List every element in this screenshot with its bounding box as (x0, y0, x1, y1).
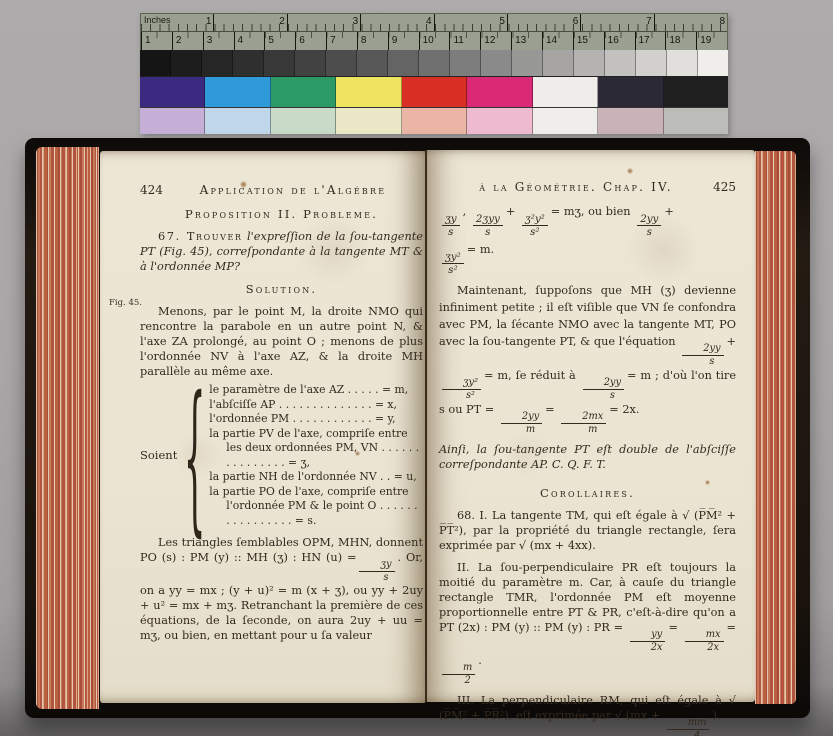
pastel-patch (467, 108, 532, 134)
fraction-denominator: s (688, 356, 717, 367)
cm-tick-number: 15 (573, 32, 604, 50)
fraction-numerator: 2mx (561, 412, 606, 424)
ruler: Inches 12345678 123456789101112131415161… (140, 13, 728, 50)
fraction-denominator: m (505, 424, 538, 435)
maintenant-text: = (545, 403, 554, 416)
fore-edge-left (36, 147, 99, 709)
calibration-card: Inches 12345678 123456789101112131415161… (140, 13, 728, 134)
corollary-2-text: = (727, 621, 736, 634)
soient-item: la partie NH de l'ordonnée NV . . = u, (209, 470, 423, 485)
fraction: 2ʒyys (473, 214, 503, 237)
fraction-numerator: 2yy (583, 378, 624, 390)
right-page: à la Géométrie. Chap. IV. 425 ʒys, 2ʒyys… (425, 150, 755, 702)
grayscale-patch (698, 50, 728, 76)
color-patch (467, 77, 532, 107)
fraction: mm4 (667, 718, 710, 736)
inch-tick-number: 6 (508, 14, 581, 31)
soient-item: la partie PO de l'axe, compriſe entre l'… (209, 485, 423, 529)
grayscale-patch (574, 50, 605, 76)
pastel-patch (271, 108, 336, 134)
fraction: ʒys (359, 560, 394, 583)
ruler-cm-scale: 12345678910111213141516171819 (141, 32, 727, 50)
fraction: 2yys (583, 378, 624, 401)
fraction-numerator: ʒy² (442, 252, 464, 264)
cm-tick-number: 3 (203, 32, 234, 50)
fraction-denominator: 2x (686, 642, 722, 653)
pastel-patch (205, 108, 270, 134)
inch-tick-number: 4 (361, 14, 434, 31)
grayscale-patch (419, 50, 450, 76)
paragraph-menons: Menons, par le point M, la droite NMO qu… (140, 304, 423, 379)
left-page-header: 424 Application de l'Algébre (140, 183, 423, 198)
maintenant-text: = 2x. (609, 403, 639, 416)
soient-item: la partie PV de l'axe, compriſe entre le… (209, 427, 423, 471)
fraction-denominator: 4 (673, 730, 703, 736)
conclusion-italic: Ainſi, la ſou-tangente PT eſt double de … (439, 442, 736, 472)
inch-tick-row: 12345678 (141, 14, 727, 31)
fraction: ʒ²y²s² (522, 214, 548, 237)
equation-text: + (664, 205, 673, 218)
fraction: 2yym (501, 412, 542, 435)
fraction-numerator: 2yy (682, 344, 723, 356)
paragraph-triangles: Les triangles ſemblables OPM, MHN, donne… (140, 535, 423, 643)
grayscale-patch (202, 50, 233, 76)
fraction: mx2x (685, 630, 724, 653)
fraction-numerator: 2ʒyy (473, 214, 503, 226)
maintenant-text: Maintenant, ſuppoſons que MH (ʒ) devienn… (439, 284, 736, 348)
grayscale-patch (667, 50, 698, 76)
pastel-patch (140, 108, 205, 134)
corollary-2: II. La ſou-perpendiculaire PR eſt toujou… (439, 560, 736, 686)
grayscale-patch (326, 50, 357, 76)
maintenant-text: = m, ſe réduit à (484, 369, 576, 382)
inch-tick-number: 7 (581, 14, 654, 31)
cm-tick-number: 1 (141, 32, 172, 50)
equation-text: = mʒ, ou bien (551, 205, 631, 218)
fraction-numerator: m (442, 663, 475, 675)
fraction: ʒy²s² (442, 252, 464, 275)
fraction-denominator: 2 (444, 675, 474, 686)
inch-tick-number: 2 (214, 14, 287, 31)
fraction-numerator: yy (630, 630, 665, 642)
soient-item: l'abſciſſe AP . . . . . . . . . . . . . … (209, 398, 423, 413)
paragraph-maintenant: Maintenant, ſuppoſons que MH (ʒ) devienn… (439, 282, 736, 435)
fraction-denominator: s (589, 390, 618, 401)
corollary-1: 68. I. La tangente TM, qui eſt égale à √… (439, 508, 736, 553)
ruler-units-label: Inches (144, 16, 171, 25)
right-page-text-block: à la Géométrie. Chap. IV. 425 ʒys, 2ʒyys… (439, 180, 736, 736)
cm-tick-number: 2 (172, 32, 203, 50)
corollary-2-text: . (478, 654, 482, 667)
fraction-numerator: ʒy (359, 560, 394, 572)
grayscale-patch (512, 50, 543, 76)
pastel-patch (336, 108, 401, 134)
grayscale-patch (233, 50, 264, 76)
color-patch (336, 77, 401, 107)
pastel-patch (402, 108, 467, 134)
fraction-numerator: ʒy (442, 214, 460, 226)
inch-tick-number: 8 (655, 14, 727, 31)
cm-tick-number: 19 (696, 32, 727, 50)
fraction-numerator: mm (667, 718, 710, 730)
fraction-denominator: s² (527, 226, 542, 237)
color-patch (402, 77, 467, 107)
fraction: 2yys (682, 344, 723, 367)
corollaires-heading: Corollaires. (439, 486, 736, 501)
left-page-number: 424 (140, 183, 163, 198)
grayscale-patch (295, 50, 326, 76)
pastel-patch (533, 108, 598, 134)
color-patch (664, 77, 728, 107)
fraction-denominator: s² (445, 390, 478, 401)
grayscale-patch (605, 50, 636, 76)
equation-text: , (463, 205, 467, 218)
fraction-denominator: s² (445, 264, 460, 275)
maintenant-text: + (727, 335, 736, 348)
fraction-denominator: s (482, 226, 493, 237)
soient-item: l'ordonnée PM . . . . . . . . . . . . = … (209, 412, 423, 427)
ruler-inch-scale: Inches 12345678 (141, 14, 727, 32)
cm-tick-number: 7 (326, 32, 357, 50)
equation-lines: ʒys, 2ʒyys+ ʒ²y²s²= mʒ, ou bien 2yys+ ʒy… (439, 199, 736, 275)
cm-tick-number: 9 (388, 32, 419, 50)
cm-tick-number: 5 (264, 32, 295, 50)
fraction-numerator: 2yy (637, 214, 661, 226)
grayscale-patch (357, 50, 388, 76)
grayscale-patch (450, 50, 481, 76)
photo-of-open-book: { "colors": { "background_gray": "#a9a6a… (0, 0, 833, 736)
equation-text: + (506, 205, 515, 218)
cm-tick-number: 4 (234, 32, 265, 50)
fraction-denominator: s (445, 226, 456, 237)
corollary-2-text: = (669, 621, 678, 634)
cm-tick-number: 11 (449, 32, 480, 50)
proposition-number: 67. Trouver (158, 230, 243, 243)
color-patch (205, 77, 270, 107)
grayscale-patch (264, 50, 295, 76)
cm-tick-number: 13 (511, 32, 542, 50)
soient-block: Soient { le paramètre de l'axe AZ . . . … (140, 383, 423, 528)
foxing-spot (627, 168, 633, 174)
proposition-paragraph: 67. Trouver l'expreſſion de la ſou-tange… (140, 229, 423, 274)
fraction-denominator: s (644, 226, 655, 237)
fore-edge-right (755, 151, 796, 704)
figure-margin-note: Fig. 45. (109, 296, 142, 311)
color-strip (140, 76, 728, 107)
cm-tick-number: 10 (419, 32, 450, 50)
color-patch (271, 77, 336, 107)
color-patch (598, 77, 663, 107)
right-page-header: à la Géométrie. Chap. IV. 425 (439, 180, 736, 195)
running-title-right: à la Géométrie. Chap. IV. (439, 180, 713, 195)
equation-text: = m. (467, 243, 494, 256)
fraction: yy2x (630, 630, 666, 653)
fraction-denominator: 2x (630, 642, 666, 653)
fraction: ʒys (442, 214, 460, 237)
grayscale-patch (171, 50, 202, 76)
pastel-strip (140, 107, 728, 134)
color-patch (533, 77, 598, 107)
cm-tick-number: 17 (635, 32, 666, 50)
grayscale-patch (543, 50, 574, 76)
cm-tick-row: 12345678910111213141516171819 (141, 32, 727, 50)
corollary-3: III. La perpendiculaire RM, qui eſt égal… (439, 693, 736, 736)
fraction-denominator: s (362, 572, 391, 583)
solution-heading: Solution. (140, 282, 423, 297)
open-book: Fig. 45. 424 Application de l'Algébre Pr… (25, 138, 810, 718)
color-patch (140, 77, 205, 107)
cm-tick-number: 8 (357, 32, 388, 50)
grayscale-patch (636, 50, 667, 76)
inch-tick-number: 3 (288, 14, 361, 31)
fraction: 2mxm (561, 412, 606, 435)
fraction-numerator: ʒ²y² (522, 214, 548, 226)
grayscale-patch (140, 50, 171, 76)
cm-tick-number: 12 (480, 32, 511, 50)
cm-tick-number: 14 (542, 32, 573, 50)
grayscale-patch (481, 50, 512, 76)
corollary-3-text: ). (712, 709, 720, 722)
corollary-2-text: II. La ſou-perpendiculaire PR eſt toujou… (439, 561, 736, 634)
soient-label: Soient (140, 448, 180, 463)
fraction-numerator: ʒy² (442, 378, 481, 390)
pastel-patch (598, 108, 663, 134)
proposition-heading: Proposition II. Probleme. (140, 207, 423, 222)
soient-brace: { (184, 374, 206, 537)
pastel-patch (664, 108, 728, 134)
cm-tick-number: 18 (665, 32, 696, 50)
inch-tick-number: 5 (435, 14, 508, 31)
fraction-denominator: m (567, 424, 600, 435)
fraction-numerator: mx (685, 630, 724, 642)
cm-tick-number: 6 (295, 32, 326, 50)
fraction: ʒy²s² (442, 378, 481, 401)
fraction-numerator: 2yy (501, 412, 542, 424)
right-page-number: 425 (713, 180, 736, 195)
fraction: m2 (442, 663, 475, 686)
cm-tick-number: 16 (604, 32, 635, 50)
grayscale-strip (140, 50, 728, 76)
left-page-text-block: Fig. 45. 424 Application de l'Algébre Pr… (140, 183, 423, 643)
soient-item: le paramètre de l'axe AZ . . . . . = m, (209, 383, 423, 398)
left-page: Fig. 45. 424 Application de l'Algébre Pr… (100, 151, 425, 703)
soient-list: le paramètre de l'axe AZ . . . . . = m,l… (209, 383, 423, 528)
fraction: 2yys (637, 214, 661, 237)
running-title-left: Application de l'Algébre (163, 183, 423, 198)
grayscale-patch (388, 50, 419, 76)
